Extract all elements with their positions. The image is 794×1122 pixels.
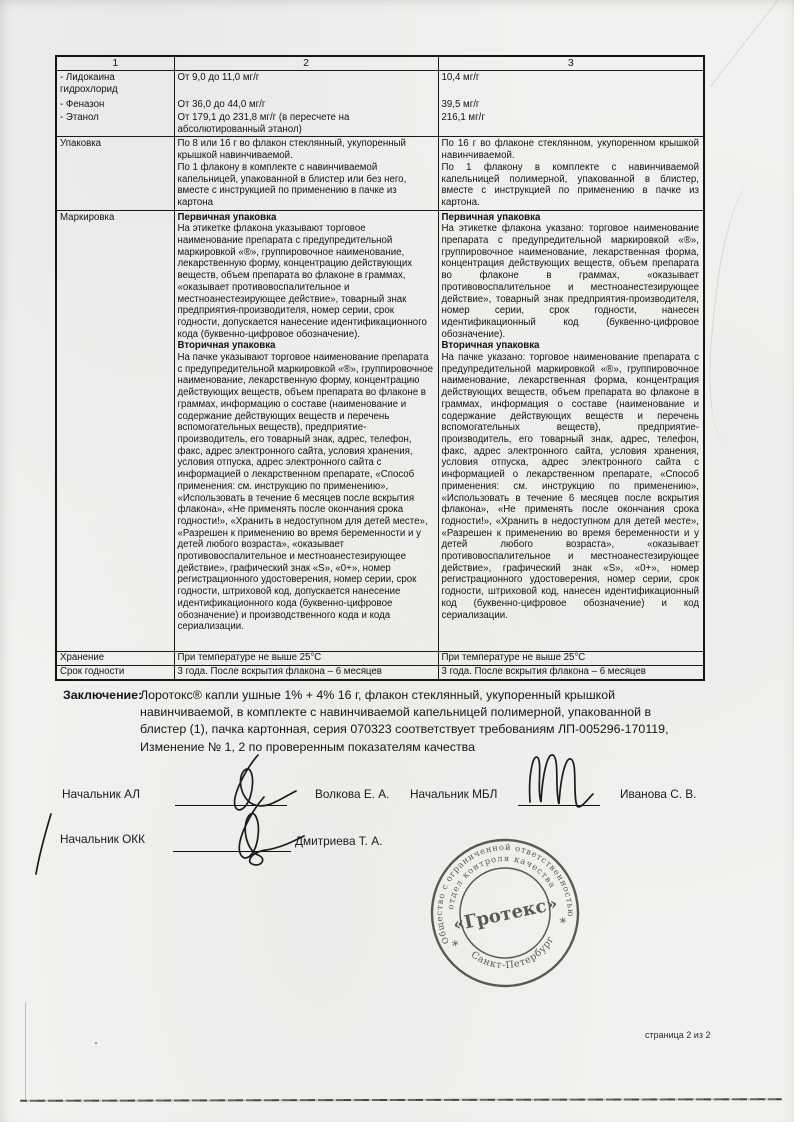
stamp-group: Общество с ограниченной ответственностью…: [424, 832, 586, 994]
header-col-1: 1: [56, 56, 174, 71]
signature-dmitrieva: [196, 794, 308, 870]
scan-edge-line-left: [25, 1002, 26, 1099]
primary-pack-text: На этикетке флакона указано: торговое на…: [442, 223, 700, 340]
shelf-life-row: Срок годности 3 года. После вскрытия фла…: [56, 665, 704, 680]
conclusion-text: Лоротокс® капли ушные 1% + 4% 16 г, флак…: [140, 687, 696, 756]
shelf-life-label: Срок годности: [56, 665, 174, 680]
primary-pack-heading: Первичная упаковка: [178, 212, 434, 224]
signature-name-dmitrieva: Дмитриева Т. А.: [295, 834, 382, 848]
spec-phenazone: От 36,0 до 44,0 мг/г: [178, 99, 434, 112]
packaging-spec: По 8 или 16 г во флакон стеклянный, укуп…: [174, 137, 438, 210]
scan-speck: [95, 1042, 97, 1044]
substance-actual-cell: 10,4 мг/г 39,5 мг/г 216,1 мг/г: [438, 71, 704, 137]
header-col-2: 2: [174, 56, 438, 71]
actual-lidocaine: 10,4 мг/г: [442, 72, 700, 99]
paper-fold-mark: [710, 0, 779, 87]
secondary-pack-heading: Вторичная упаковка: [442, 340, 700, 352]
actual-phenazone: 39,5 мг/г: [442, 99, 700, 112]
signature-role-head-mbl: Начальник МБЛ: [410, 787, 497, 801]
secondary-pack-text: На пачке указывают торговое наименование…: [178, 352, 434, 633]
substance-name-phenazone: - Феназон: [60, 99, 170, 112]
signature-stroke: [530, 755, 593, 807]
stamp-company-name: «Гротекс»: [451, 893, 559, 936]
spec-lidocaine: От 9,0 до 11,0 мг/г: [178, 72, 434, 99]
conclusion-label: Заключение:: [63, 687, 140, 756]
labeling-row: Маркировка Первичная упаковка На этикетк…: [56, 210, 704, 651]
company-round-stamp: Общество с ограниченной ответственностью…: [424, 832, 586, 994]
storage-actual: При температуре не выше 25°С: [438, 651, 704, 665]
actual-ethanol: 216,1 мг/г: [442, 112, 700, 124]
stamp-outer-ring-text: Общество с ограниченной ответственностью: [424, 832, 578, 946]
secondary-pack-text: На пачке указано: торговое наименование …: [442, 352, 700, 621]
shelf-life-actual: 3 года. После вскрытия флакона – 6 месяц…: [438, 665, 704, 680]
storage-row: Хранение При температуре не выше 25°С Пр…: [56, 651, 704, 665]
storage-spec: При температуре не выше 25°С: [174, 651, 438, 665]
packaging-actual: По 16 г во флаконе стеклянном, укупоренн…: [438, 137, 704, 210]
table-header-row: 1 2 3: [56, 56, 704, 71]
storage-label: Хранение: [56, 651, 174, 665]
substance-name-ethanol: - Этанол: [60, 112, 170, 124]
primary-pack-text: На этикетке флакона указывают торговое н…: [178, 223, 434, 340]
packaging-label: Упаковка: [56, 137, 174, 210]
packaging-row: Упаковка По 8 или 16 г во флакон стеклян…: [56, 137, 704, 210]
signature-stroke: [239, 797, 304, 865]
conclusion-block: Заключение: Лоротокс® капли ушные 1% + 4…: [63, 687, 708, 756]
signature-name-volkova: Волкова Е. А.: [315, 787, 389, 801]
stamp-star-right: *: [559, 915, 569, 931]
secondary-pack-heading: Вторичная упаковка: [178, 340, 434, 352]
stamp-star-left: *: [451, 938, 461, 954]
substance-spec-cell: От 9,0 до 11,0 мг/г От 36,0 до 44,0 мг/г…: [174, 71, 438, 137]
shelf-life-spec: 3 года. После вскрытия флакона – 6 месяц…: [174, 665, 438, 680]
signature-name-ivanova: Иванова С. В.: [620, 787, 696, 801]
handwritten-slash-mark: [34, 812, 54, 876]
header-col-3: 3: [438, 56, 704, 71]
substance-names-cell: - Лидокаина гидрохлорид - Феназон - Этан…: [56, 71, 174, 137]
quality-spec-table: 1 2 3 - Лидокаина гидрохлорид - Феназон …: [55, 55, 705, 681]
scanned-document-page: 1 2 3 - Лидокаина гидрохлорид - Феназон …: [0, 0, 794, 1122]
slash-stroke: [36, 814, 51, 874]
paper-crease: [700, 173, 789, 448]
page-number: страница 2 из 2: [645, 1030, 710, 1040]
signature-role-head-okk: Начальник ОКК: [60, 832, 145, 846]
substances-row: - Лидокаина гидрохлорид - Феназон - Этан…: [56, 71, 704, 137]
substance-name-lidocaine: - Лидокаина гидрохлорид: [60, 72, 170, 99]
signature-role-head-al: Начальник АЛ: [62, 787, 140, 801]
spec-ethanol: От 179,1 до 231,8 мг/г (в пересчете на а…: [178, 112, 434, 135]
labeling-spec-cell: Первичная упаковка На этикетке флакона у…: [174, 210, 438, 651]
labeling-actual-cell: Первичная упаковка На этикетке флакона у…: [438, 210, 704, 651]
labeling-label: Маркировка: [56, 210, 174, 651]
scan-edge-line: [20, 1098, 782, 1102]
signature-ivanova: [506, 750, 606, 812]
primary-pack-heading: Первичная упаковка: [442, 212, 700, 224]
